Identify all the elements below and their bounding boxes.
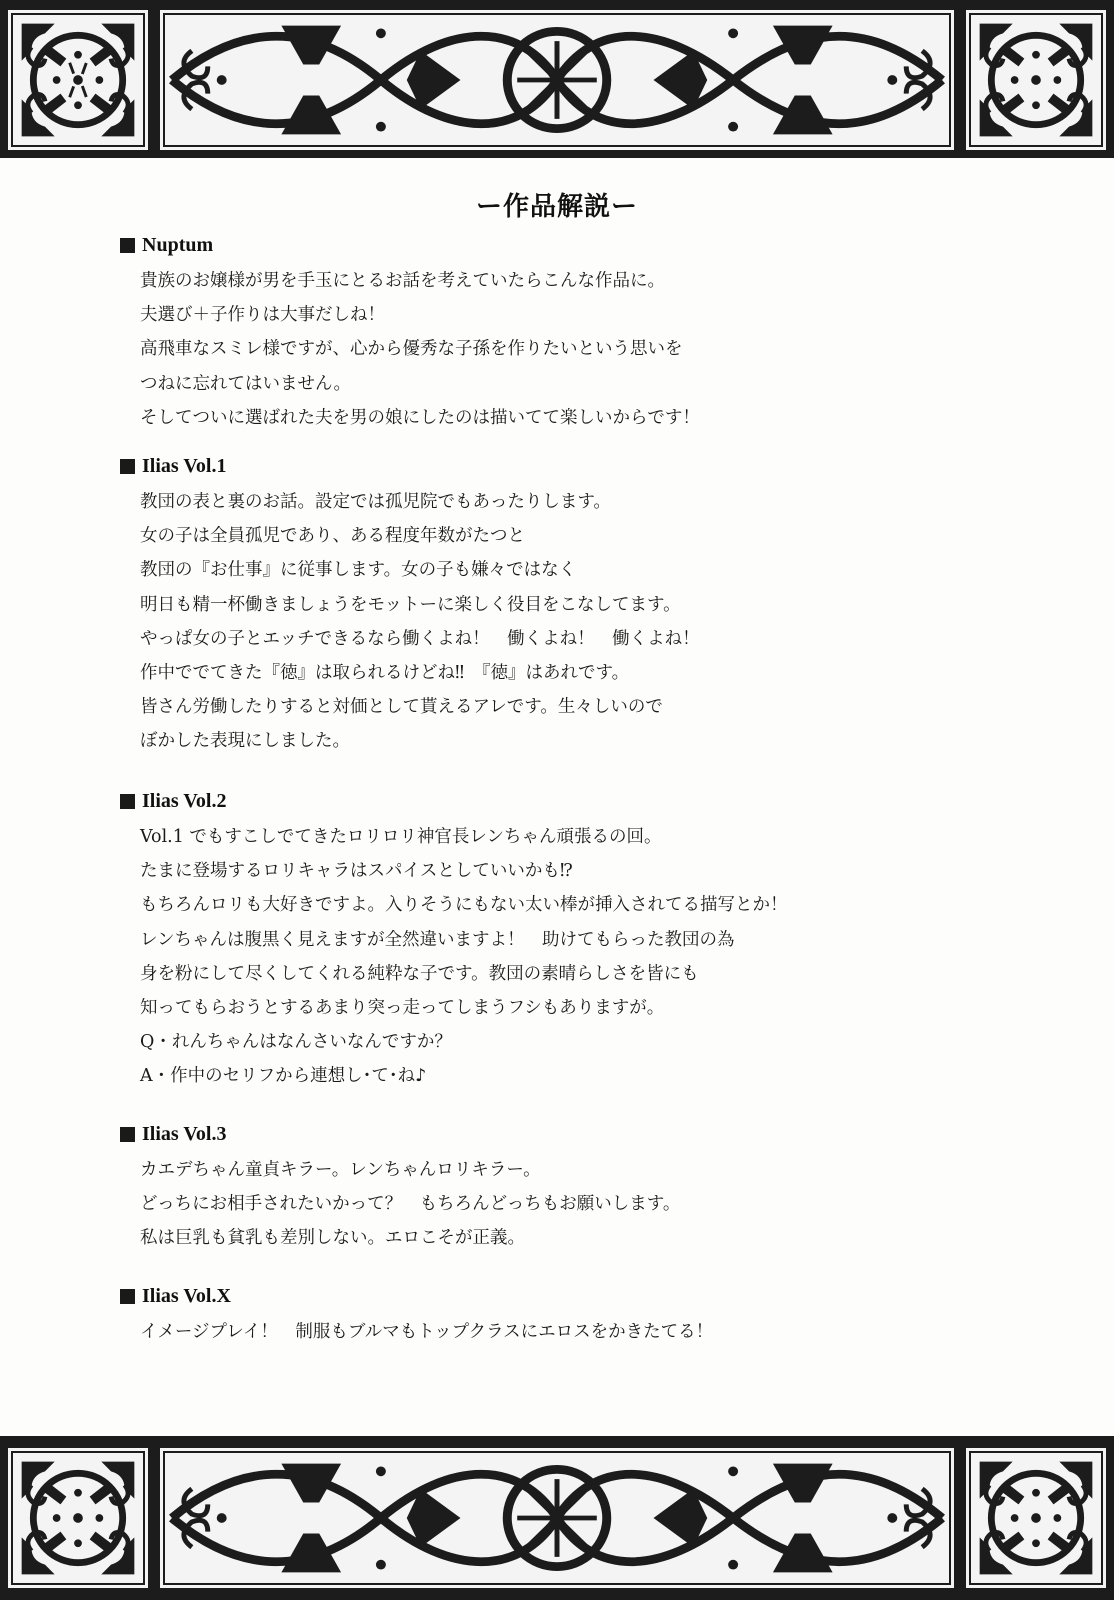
section-title: Nuptum — [142, 234, 213, 257]
text-line: Vol.1 でもすこしでてきたロリロリ神官長レンちゃん頑張るの回。 — [140, 820, 1000, 854]
section-ilias-vol1: Ilias Vol.1 教団の表と裏のお話。設定では孤児院でもあったりします。 … — [120, 453, 1000, 759]
right-square-ornament — [966, 1448, 1106, 1588]
text-line: やっぱ女の子とエッチできるなら働くよね！ 働くよね！ 働くよね！ — [140, 622, 1000, 656]
text-line: もちろんロリも大好きですよ。入りそうにもない太い棒が挿入されてる描写とか！ — [140, 888, 1000, 922]
section-ilias-volx: Ilias Vol.X イメージプレイ！ 制服もブルマもトップクラスにエロスをか… — [120, 1283, 1000, 1349]
top-ornamental-border — [0, 0, 1114, 158]
text-line: 教団の『お仕事』に従事します。女の子も嫌々ではなく — [140, 553, 1000, 587]
section-body: カエデちゃん童貞キラー。レンちゃんロリキラー。 どっちにお相手されたいかって？ … — [140, 1153, 1000, 1256]
rosette-ornament-icon — [10, 12, 146, 148]
left-square-ornament — [8, 1448, 148, 1588]
section-body: Vol.1 でもすこしでてきたロリロリ神官長レンちゃん頑張るの回。 たまに登場す… — [140, 820, 1000, 1094]
section-title: Ilias Vol.3 — [142, 1123, 226, 1146]
left-square-ornament — [8, 10, 148, 150]
section-heading: Nuptum — [120, 232, 1000, 258]
text-line: Q・れんちゃんはなんさいなんですか？ — [140, 1025, 1000, 1059]
text-line: 私は巨乳も貧乳も差別しない。エロこそが正義。 — [140, 1221, 1000, 1255]
rosette-ornament-icon — [968, 12, 1104, 148]
text-line: イメージプレイ！ 制服もブルマもトップクラスにエロスをかきたてる！ — [140, 1315, 1000, 1349]
text-line: 貴族のお嬢様が男を手玉にとるお話を考えていたらこんな作品に。 — [140, 264, 1000, 298]
section-body: イメージプレイ！ 制服もブルマもトップクラスにエロスをかきたてる！ — [140, 1315, 1000, 1349]
section-heading: Ilias Vol.1 — [120, 453, 1000, 479]
text-line: 明日も精一杯働きましょうをモットーに楽しく役目をこなしてます。 — [140, 588, 1000, 622]
bullet-square-icon — [120, 459, 135, 474]
text-line: つねに忘れてはいません。 — [140, 367, 1000, 401]
text-line: 女の子は全員孤児であり、ある程度年数がたつと — [140, 519, 1000, 553]
bottom-ornamental-border — [0, 1436, 1114, 1600]
text-line: 知ってもらおうとするあまり突っ走ってしまうフシもありますが。 — [140, 991, 1000, 1025]
text-line: たまに登場するロリキャラはスパイスとしていいかも⁉ — [140, 854, 1000, 888]
knotwork-ornament-icon — [162, 12, 952, 148]
text-line: A・作中のセリフから連想し･て･ね♪ — [140, 1059, 1000, 1093]
section-title: Ilias Vol.X — [142, 1285, 231, 1308]
bullet-square-icon — [120, 1127, 135, 1142]
section-nuptum: Nuptum 貴族のお嬢様が男を手玉にとるお話を考えていたらこんな作品に。 夫選… — [120, 232, 1000, 435]
rosette-ornament-icon — [968, 1450, 1104, 1586]
text-line: 教団の表と裏のお話。設定では孤児院でもあったりします。 — [140, 485, 1000, 519]
text-line: どっちにお相手されたいかって？ もちろんどっちもお願いします。 — [140, 1187, 1000, 1221]
text-line: カエデちゃん童貞キラー。レンちゃんロリキラー。 — [140, 1153, 1000, 1187]
text-line: レンちゃんは腹黒く見えますが全然違いますよ！ 助けてもらった教団の為 — [140, 923, 1000, 957]
center-knotwork-band — [160, 1448, 954, 1588]
rosette-ornament-icon — [10, 1450, 146, 1586]
text-line: 高飛車なスミレ様ですが、心から優秀な子孫を作りたいという思いを — [140, 332, 1000, 366]
section-ilias-vol2: Ilias Vol.2 Vol.1 でもすこしでてきたロリロリ神官長レンちゃん頑… — [120, 788, 1000, 1094]
section-heading: Ilias Vol.2 — [120, 788, 1000, 814]
section-body: 教団の表と裏のお話。設定では孤児院でもあったりします。 女の子は全員孤児であり、… — [140, 485, 1000, 759]
bullet-square-icon — [120, 794, 135, 809]
bullet-square-icon — [120, 238, 135, 253]
section-heading: Ilias Vol.X — [120, 1283, 1000, 1309]
center-knotwork-band — [160, 10, 954, 150]
text-line: 身を粉にして尽くしてくれる純粋な子です。教団の素晴らしさを皆にも — [140, 957, 1000, 991]
page-title: ー作品解説ー — [0, 186, 1114, 223]
knotwork-ornament-icon — [162, 1450, 952, 1586]
section-body: 貴族のお嬢様が男を手玉にとるお話を考えていたらこんな作品に。 夫選び＋子作りは大… — [140, 264, 1000, 435]
text-line: そしてついに選ばれた夫を男の娘にしたのは描いてて楽しいからです！ — [140, 401, 1000, 435]
section-ilias-vol3: Ilias Vol.3 カエデちゃん童貞キラー。レンちゃんロリキラー。 どっちに… — [120, 1121, 1000, 1256]
text-line: 作中ででてきた『徳』は取られるけどね‼ 『徳』はあれです。 — [140, 656, 1000, 690]
text-line: ぼかした表現にしました。 — [140, 724, 1000, 758]
section-title: Ilias Vol.2 — [142, 790, 226, 813]
text-line: 夫選び＋子作りは大事だしね！ — [140, 298, 1000, 332]
right-square-ornament — [966, 10, 1106, 150]
text-line: 皆さん労働したりすると対価として貰えるアレです。生々しいので — [140, 690, 1000, 724]
bullet-square-icon — [120, 1289, 135, 1304]
section-heading: Ilias Vol.3 — [120, 1121, 1000, 1147]
section-title: Ilias Vol.1 — [142, 455, 226, 478]
